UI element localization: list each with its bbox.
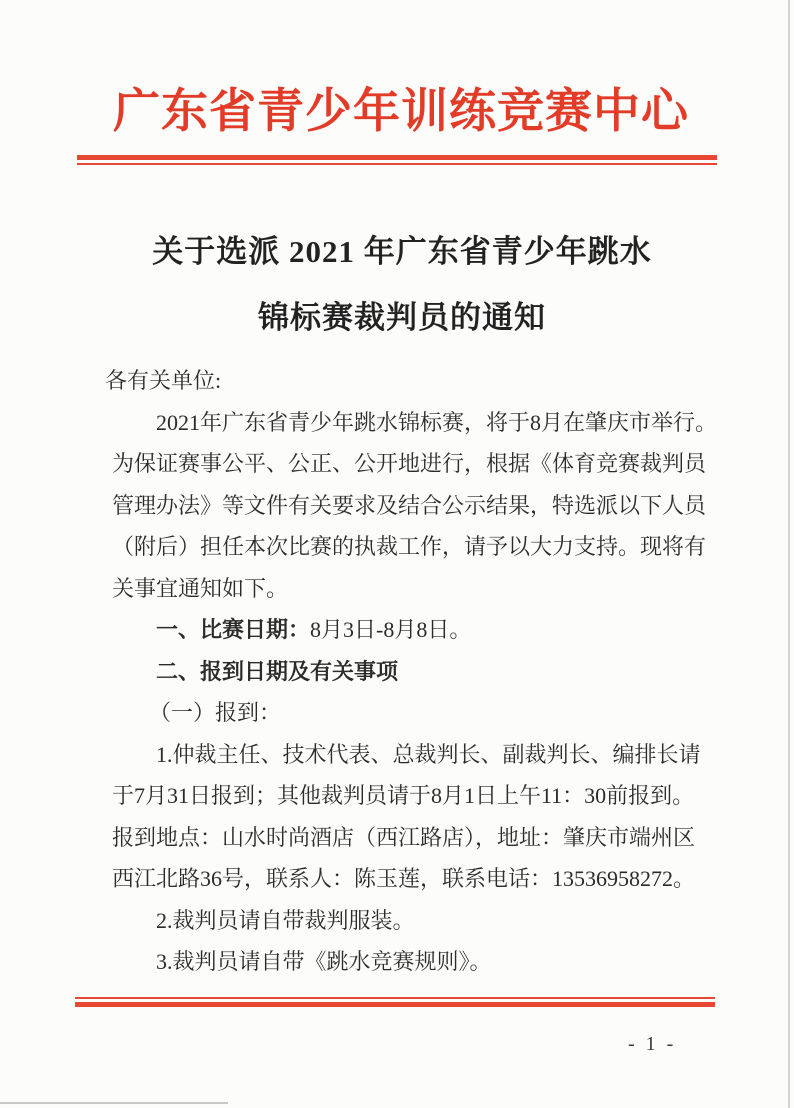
section1-competition-date: 一、比赛日期：8月3日-8月8日。 [112,609,717,651]
document-title: 关于选派 2021 年广东省青少年跳水 锦标赛裁判员的通知 [0,219,794,351]
subsection1-heading: （一）报到： [112,692,717,734]
intro-paragraph-line2: 为保证赛事公平、公正、公开地进行，根据《体育竞赛裁判员 [112,443,717,485]
intro-paragraph-line1: 2021年广东省青少年跳水锦标赛，将于8月在肇庆市举行。 [112,402,717,444]
header-rule-thin-line [77,163,717,165]
header-double-rule [77,155,717,165]
section1-value: 8月3日-8月8日。 [310,617,471,642]
page-number: - 1 - [628,1033,676,1056]
item1-line3: 报到地点：山水时尚酒店（西江路店），地址：肇庆市端州区 [112,817,717,859]
document-body: 各有关单位: 2021年广东省青少年跳水锦标赛，将于8月在肇庆市举行。 为保证赛… [112,360,717,983]
item1-line4: 西江北路36号，联系人：陈玉莲，联系电话：13536958272。 [112,858,717,900]
letterhead-org-name: 广东省青少年训练竞赛中心 [0,84,794,140]
footer-rule-thick-line [75,1002,715,1007]
item1-line2: 于7月31日报到；其他裁判员请于8月1日上午11：30前报到。 [112,775,717,817]
salutation: 各有关单位: [105,360,717,402]
document-title-line2: 锦标赛裁判员的通知 [0,285,794,351]
intro-paragraph-line4: （附后）担任本次比赛的执裁工作，请予以大力支持。现将有 [112,526,717,568]
document-title-line1: 关于选派 2021 年广东省青少年跳水 [0,219,794,285]
intro-paragraph-line3: 管理办法》等文件有关要求及结合公示结果，特选派以下人员 [112,485,717,527]
item3: 3.裁判员请自带《跳水竞赛规则》。 [112,941,717,983]
section1-heading: 一、比赛日期： [156,617,310,642]
section2-heading: 二、报到日期及有关事项 [112,651,717,693]
item2: 2.裁判员请自带裁判服装。 [112,900,717,942]
intro-paragraph-line5: 关事宜通知如下。 [112,568,717,610]
item1-line1: 1.仲裁主任、技术代表、总裁判长、副裁判长、编排长请 [112,734,717,776]
scan-edge-right [788,0,790,1108]
footer-double-rule [75,997,715,1007]
scan-edge-bottom [0,1102,228,1104]
